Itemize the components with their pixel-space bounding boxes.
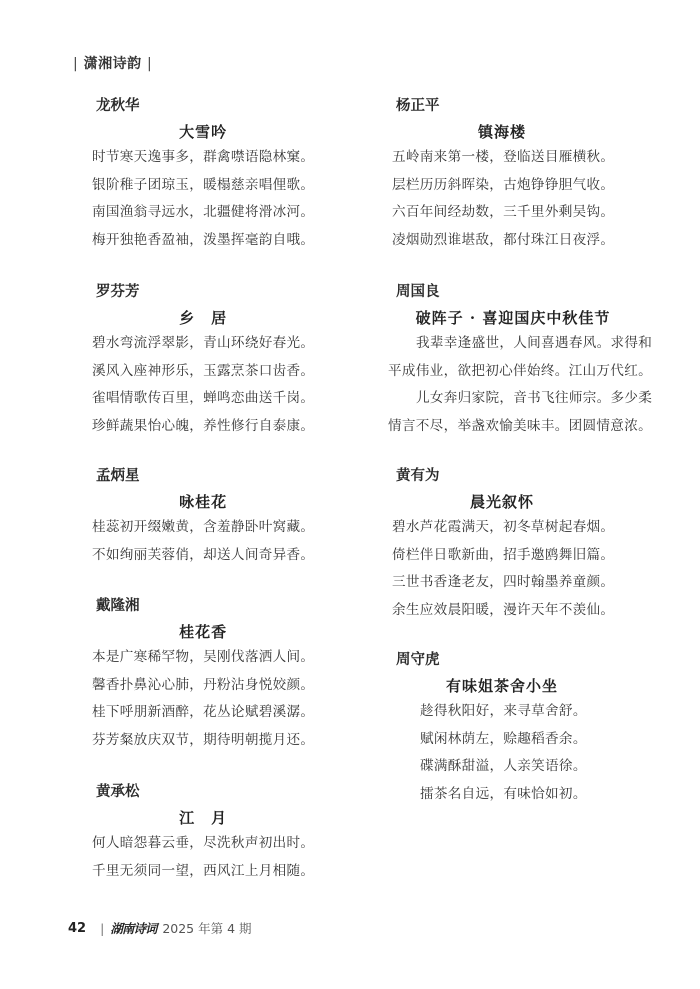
section-bar-left: |	[73, 56, 78, 72]
poem-block: 黄承松 江 月 何人暗怨暮云垂，尽洗秋声初出时。 千里无须同一望，西风江上月相随…	[92, 782, 314, 885]
poem-line: 珍鲜蔬果怡心魄，养性修行自泰康。	[92, 413, 314, 441]
poem-author: 孟炳星	[96, 466, 314, 486]
poem-line: 南国渔翁寻远水，北疆健将滑冰河。	[92, 199, 314, 227]
poem-block: 戴隆湘 桂花香 本是广寒稀罕物，吴刚伐落洒人间。 馨香扑鼻沁心肺，丹粉沾身悦姣颜…	[92, 596, 314, 754]
poem-title: 镇海楼	[392, 120, 612, 144]
poem-line: 六百年间经劫数，三千里外剩吴钩。	[392, 199, 614, 227]
page-footer: 42 | 湖南诗词 2025 年第 4 期	[68, 919, 252, 937]
poem-line: 倚栏伴日歌新曲，招手邀鸥舞旧篇。	[392, 542, 614, 570]
poem-title: 乡 居	[92, 306, 314, 330]
poem-line: 五岭南来第一楼，登临送目雁横秋。	[392, 144, 614, 172]
page-number: 42	[68, 921, 86, 936]
poem-line: 擂茶名自远，有味恰如初。	[392, 781, 612, 809]
issue-label: 2025 年第 4 期	[162, 919, 251, 937]
poem-block: 杨正平 镇海楼 五岭南来第一楼，登临送目雁横秋。 层栏历历斜晖染，古炮铮铮胆气收…	[392, 96, 614, 254]
poem-author: 龙秋华	[96, 96, 314, 116]
poem-title: 大雪吟	[92, 120, 314, 144]
poem-line: 溪风入座神形乐，玉露烹茶口齿香。	[92, 358, 314, 386]
poem-line: 赋闲林荫左，赊趣稻香余。	[392, 726, 612, 754]
poem-block: 龙秋华 大雪吟 时节寒天逸事多，群禽噤语隐林窠。 银阶稚子团琼玉，暖榻慈亲唱俚歌…	[92, 96, 314, 254]
poem-line: 凌烟勋烈谁堪敌，都付珠江日夜浮。	[392, 227, 614, 255]
poem-line: 雀唱情歌传百里，蝉鸣恋曲送千岗。	[92, 385, 314, 413]
poem-author: 周国良	[396, 282, 652, 302]
poem-line: 馨香扑鼻沁心肺，丹粉沾身悦姣颜。	[92, 672, 314, 700]
poem-title: 江 月	[92, 806, 314, 830]
poem-block: 周守虎 有味姐茶舍小坐 趁得秋阳好，来寻草舍舒。 赋闲林荫左，赊趣稻香余。 碟满…	[392, 650, 612, 808]
poem-line: 层栏历历斜晖染，古炮铮铮胆气收。	[392, 172, 614, 200]
poem-title: 有味姐茶舍小坐	[392, 674, 612, 698]
poem-line: 时节寒天逸事多，群禽噤语隐林窠。	[92, 144, 314, 172]
poem-line: 何人暗怨暮云垂，尽洗秋声初出时。	[92, 830, 314, 858]
poem-line: 梅开独艳香盈袖，泼墨挥毫韵自哦。	[92, 227, 314, 255]
poem-line: 趁得秋阳好，来寻草舍舒。	[392, 698, 612, 726]
poem-title: 晨光叙怀	[392, 490, 612, 514]
poem-line: 情言不尽，举盏欢愉美味丰。团圆情意浓。	[388, 413, 652, 441]
poem-line: 本是广寒稀罕物，吴刚伐落洒人间。	[92, 644, 314, 672]
poem-block: 孟炳星 咏桂花 桂蕊初开缀嫩黄，含羞静卧叶窝藏。 不如绚丽芙蓉俏，却送人间奇异香…	[92, 466, 314, 569]
poem-line: 碟满酥甜溢，人亲笑语徐。	[392, 753, 612, 781]
poem-line: 平成伟业，欲把初心伴始终。江山万代红。	[388, 358, 652, 386]
poem-line: 碧水芦花霞满天，初冬草树起春烟。	[392, 514, 614, 542]
poem-line: 儿女奔归家院，音书飞往师宗。多少柔	[388, 385, 652, 413]
poem-title: 桂花香	[92, 620, 314, 644]
poem-line: 桂下呼朋新酒醉，花丛论赋碧溪潺。	[92, 699, 314, 727]
poem-line: 碧水弯流浮翠影，青山环绕好春光。	[92, 330, 314, 358]
section-bar-right: |	[147, 56, 152, 72]
poem-block: 周国良 破阵子 · 喜迎国庆中秋佳节 我辈幸逢盛世，人间喜遇春风。求得和 平成伟…	[388, 282, 652, 440]
poem-author: 黄承松	[96, 782, 314, 802]
poem-line: 千里无须同一望，西风江上月相随。	[92, 858, 314, 886]
poem-line: 芬芳粲放庆双节，期待明朝揽月还。	[92, 727, 314, 755]
footer-separator: |	[100, 921, 104, 936]
poem-line: 银阶稚子团琼玉，暖榻慈亲唱俚歌。	[92, 172, 314, 200]
poem-author: 罗芬芳	[96, 282, 314, 302]
poem-line: 三世书香逢老友，四时翰墨养童颜。	[392, 569, 614, 597]
poem-block: 罗芬芳 乡 居 碧水弯流浮翠影，青山环绕好春光。 溪风入座神形乐，玉露烹茶口齿香…	[92, 282, 314, 440]
section-tag: | 潇湘诗韵 |	[73, 53, 152, 73]
poem-author: 黄有为	[396, 466, 614, 486]
section-name: 潇湘诗韵	[84, 56, 142, 72]
poem-author: 戴隆湘	[96, 596, 314, 616]
poem-title: 咏桂花	[92, 490, 314, 514]
poem-author: 杨正平	[396, 96, 614, 116]
magazine-logo: 湖南诗词	[110, 919, 156, 937]
poem-title: 破阵子 · 喜迎国庆中秋佳节	[388, 306, 638, 330]
poem-block: 黄有为 晨光叙怀 碧水芦花霞满天，初冬草树起春烟。 倚栏伴日歌新曲，招手邀鸥舞旧…	[392, 466, 614, 624]
poem-line: 余生应效晨阳暖，漫许天年不羡仙。	[392, 597, 614, 625]
poem-line: 不如绚丽芙蓉俏，却送人间奇异香。	[92, 542, 314, 570]
poem-author: 周守虎	[396, 650, 612, 670]
poem-line: 桂蕊初开缀嫩黄，含羞静卧叶窝藏。	[92, 514, 314, 542]
poem-line: 我辈幸逢盛世，人间喜遇春风。求得和	[388, 330, 652, 358]
